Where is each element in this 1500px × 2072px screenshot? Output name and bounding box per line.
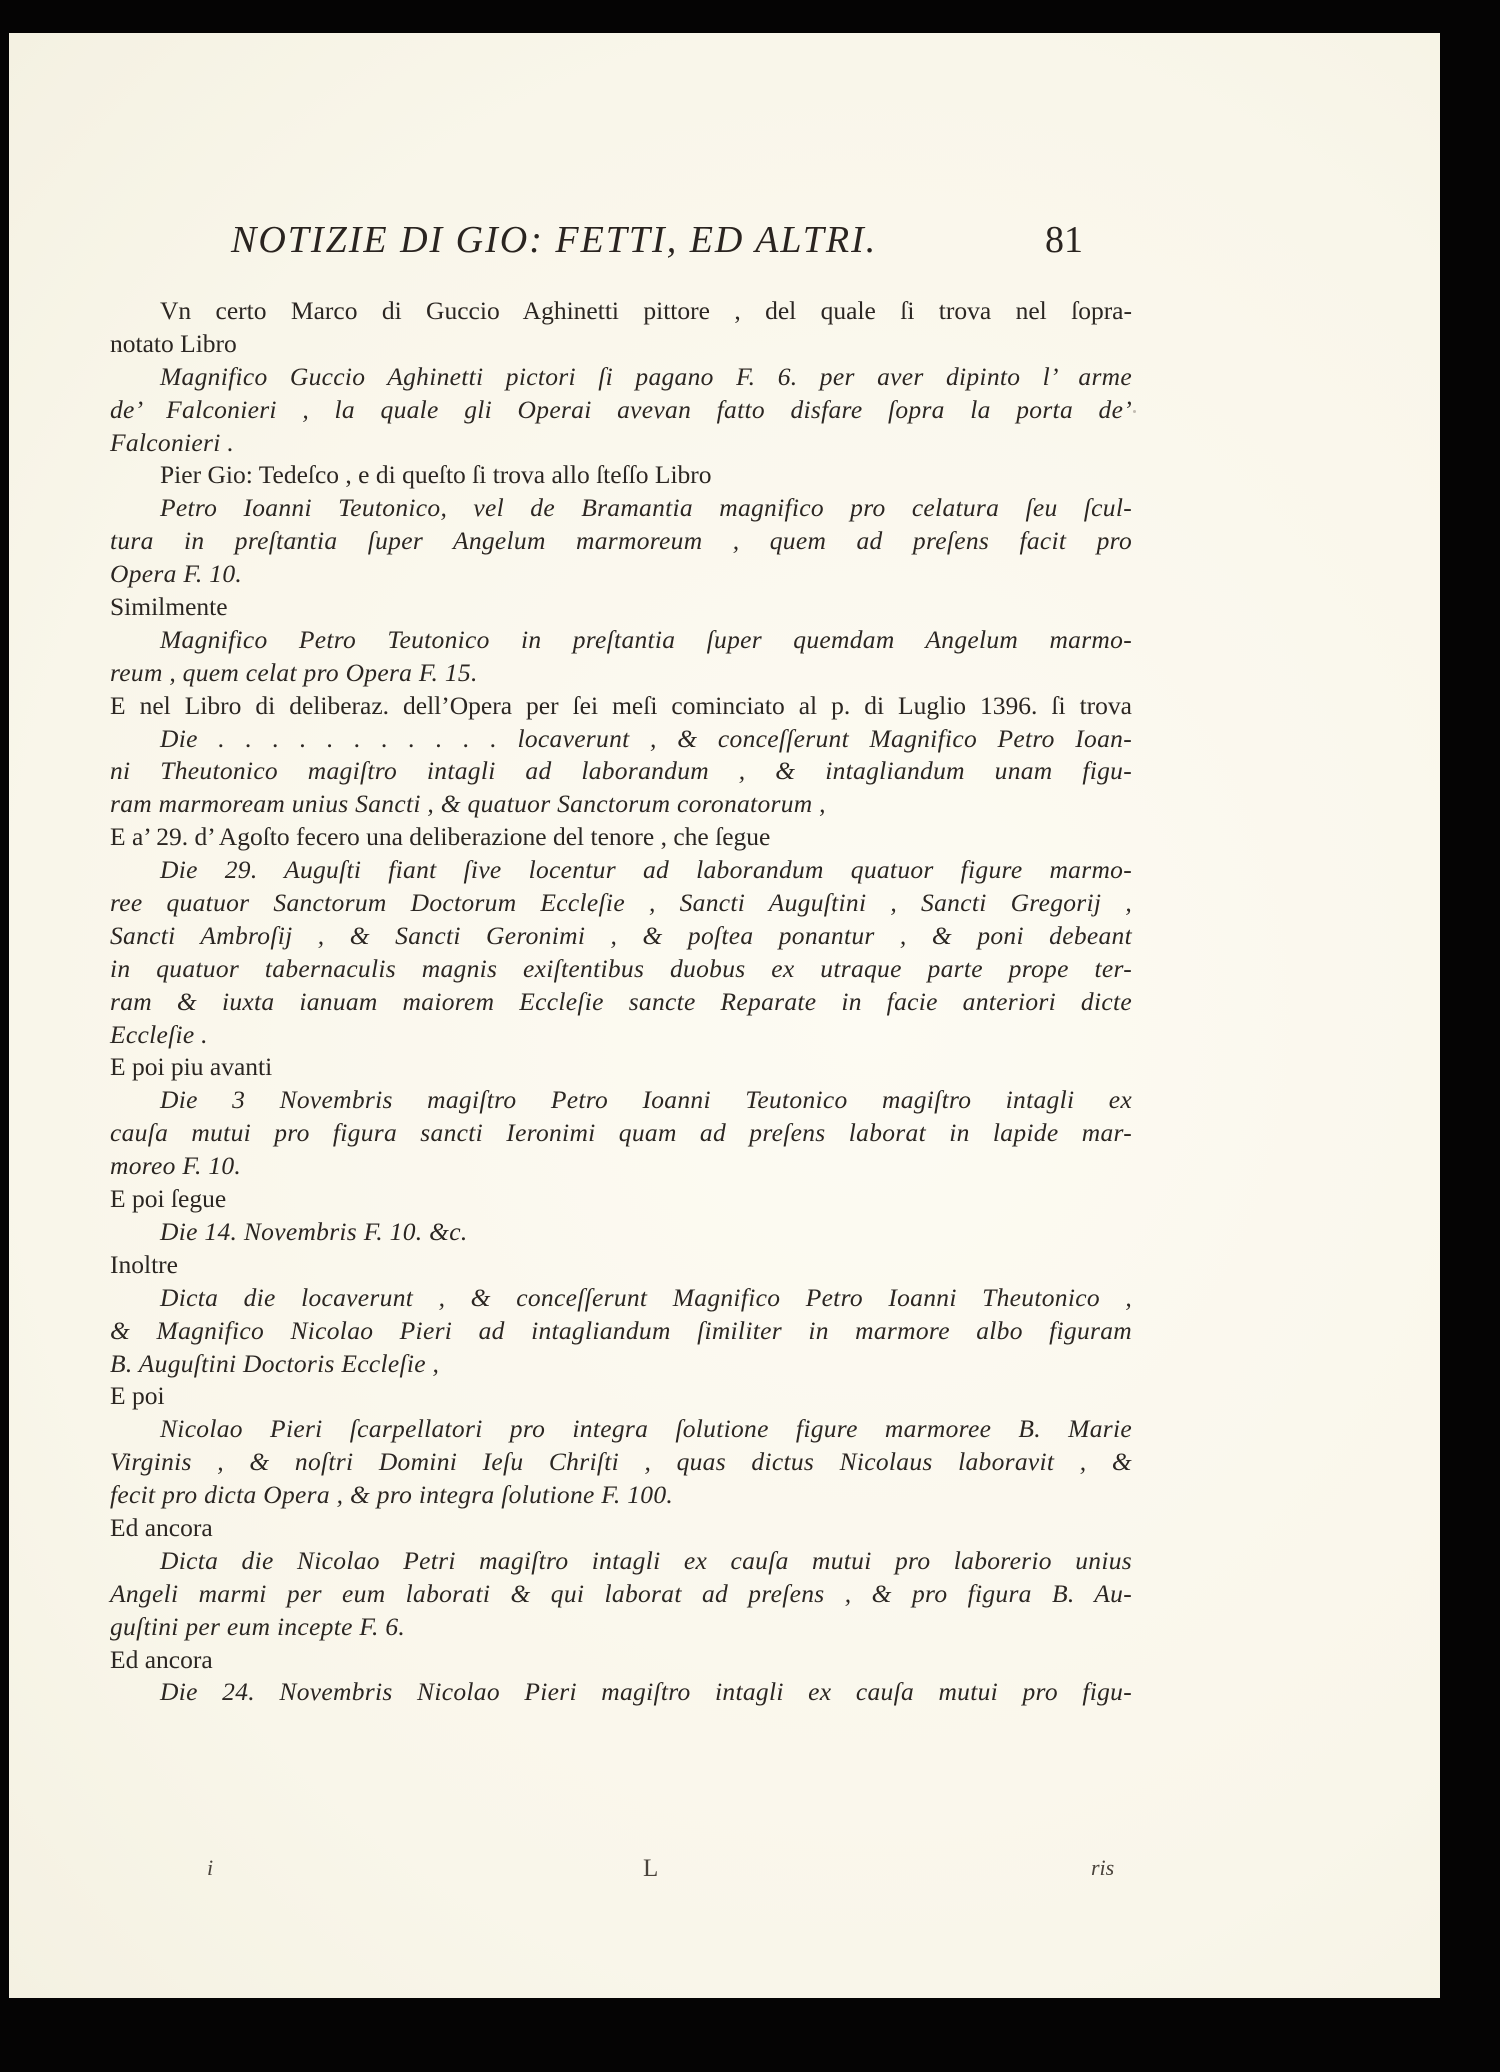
paper-speck	[295, 537, 298, 540]
quoted-latin-line: reum , quem celat pro Opera F. 15.	[110, 657, 1132, 690]
quoted-latin-line: Nicolao Pieri ſcarpellatori pro integra …	[110, 1413, 1132, 1446]
footer-mark: i	[207, 1855, 213, 1881]
quoted-latin-line: Magnifico Petro Teutonico in preſtantia …	[110, 624, 1132, 657]
quoted-latin-line: ram marmoream unius Sancti , & quatuor S…	[110, 788, 1132, 821]
quoted-latin-line: ni Theutonico magiſtro intagli ad labora…	[110, 755, 1132, 788]
quoted-latin-line: & Magnifico Nicolao Pieri ad intagliandu…	[110, 1315, 1132, 1348]
text-line: E a’ 29. d’ Agoſto fecero una deliberazi…	[110, 821, 1132, 854]
quoted-latin-line: ree quatuor Sanctorum Doctorum Eccleſie …	[110, 887, 1132, 920]
quoted-latin-line: Falconieri .	[110, 427, 1132, 460]
quoted-latin-line: Dicta die locaverunt , & conceſſerunt Ma…	[110, 1282, 1132, 1315]
paper-speck	[117, 348, 120, 351]
quoted-latin-line: guſtini per eum incepte F. 6.	[110, 1611, 1132, 1644]
text-line: Inoltre	[110, 1249, 1132, 1282]
paper-speck	[1133, 410, 1136, 413]
quoted-latin-line: in quatuor tabernaculis magnis exiſtenti…	[110, 953, 1132, 986]
quoted-latin-line: ram & iuxta ianuam maiorem Eccleſie sanc…	[110, 986, 1132, 1019]
quoted-latin-line: Die 14. Novembris F. 10. &c.	[110, 1216, 1132, 1249]
quoted-latin-line: Opera F. 10.	[110, 558, 1132, 591]
quoted-latin-line: Dicta die Nicolao Petri magiſtro intagli…	[110, 1545, 1132, 1578]
quoted-latin-line: Sancti Ambroſij , & Sancti Geronimi , & …	[110, 920, 1132, 953]
page-number: 81	[1045, 218, 1083, 262]
quoted-latin-line: Die 24. Novembris Nicolao Pieri magiſtro…	[110, 1676, 1132, 1709]
text-line: Ed ancora	[110, 1644, 1132, 1677]
text-line: Ed ancora	[110, 1512, 1132, 1545]
text-line: Vn certo Marco di Guccio Aghinetti pitto…	[110, 295, 1132, 328]
text-line: E poi	[110, 1380, 1132, 1413]
quoted-latin-line: tura in preſtantia ſuper Angelum marmore…	[110, 525, 1132, 558]
book-page: NOTIZIE DI GIO: FETTI, ED ALTRI. 81 Vn c…	[9, 33, 1440, 1998]
quoted-latin-line: moreo F. 10.	[110, 1150, 1132, 1183]
text-line: notato Libro	[110, 328, 1132, 361]
quoted-latin-line: cauſa mutui pro figura sancti Ieronimi q…	[110, 1117, 1132, 1150]
text-line: E poi ſegue	[110, 1183, 1132, 1216]
quoted-latin-line: Die 29. Auguſti fiant ſive locentur ad l…	[110, 854, 1132, 887]
running-title: NOTIZIE DI GIO: FETTI, ED ALTRI.	[231, 218, 1101, 262]
text-line: Pier Gio: Tedeſco , e di queſto ſi trova…	[110, 459, 1132, 492]
text-line: E poi piu avanti	[110, 1051, 1132, 1084]
quoted-latin-line: fecit pro dicta Opera , & pro integra ſo…	[110, 1479, 1132, 1512]
catchword: ris	[1091, 1855, 1114, 1881]
quoted-latin-line: Magnifico Guccio Aghinetti pictori ſi pa…	[110, 361, 1132, 394]
text-line: E nel Libro di deliberaz. dell’Opera per…	[110, 690, 1132, 723]
quoted-latin-line: Virginis , & noſtri Domini Ieſu Chriſti …	[110, 1446, 1132, 1479]
quoted-latin-line: de’ Falconieri , la quale gli Operai ave…	[110, 394, 1132, 427]
quoted-latin-line: Die 3 Novembris magiſtro Petro Ioanni Te…	[110, 1084, 1132, 1117]
quoted-latin-line: Angeli marmi per eum laborati & qui labo…	[110, 1578, 1132, 1611]
quoted-latin-line: Eccleſie .	[110, 1019, 1132, 1052]
quoted-latin-line: Petro Ioanni Teutonico, vel de Bramantia…	[110, 492, 1132, 525]
text-line: Similmente	[110, 591, 1132, 624]
quoted-latin-line: Die . . . . . . . . . . . locaverunt , &…	[110, 723, 1132, 756]
body-text: Vn certo Marco di Guccio Aghinetti pitto…	[110, 295, 1132, 1709]
signature-mark: L	[643, 1855, 658, 1883]
quoted-latin-line: B. Auguſtini Doctoris Eccleſie ,	[110, 1348, 1132, 1381]
